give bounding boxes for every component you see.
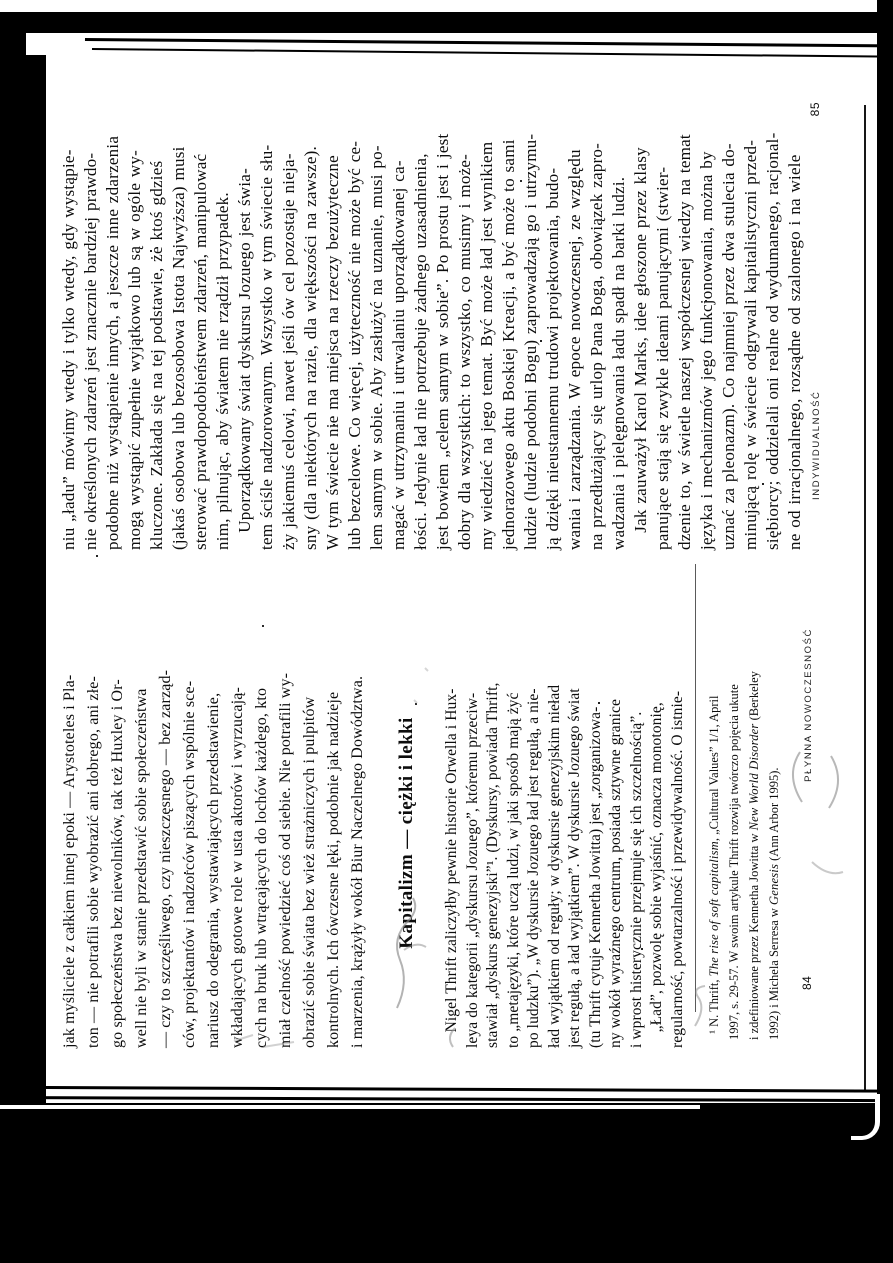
book-spread-rotated: jak myśliciele z całkiem innej epoki — A… xyxy=(48,55,838,1090)
text-line: łości. Jedynie ład nie potrzebuje żadneg… xyxy=(410,60,432,550)
text-line: lub bezcelowe. Co więcej, użyteczność ni… xyxy=(344,60,366,550)
text-line: jednorazowego aktu Boskiej Kreacji, a by… xyxy=(498,60,520,550)
text-line: „Ład”, pozwolę sobie wyjaśnić, oznacza m… xyxy=(647,618,668,1048)
text-line: cych na bruk lub wtrącających do lochów … xyxy=(250,618,274,1048)
text-line: ludzie (ludzie podobni Bogu) zaprowadzaj… xyxy=(520,60,542,550)
text-line: to „metajęzyki, które uczą ludzi, w jaki… xyxy=(504,618,525,1048)
page-edge-highlight xyxy=(0,1105,700,1109)
page-85-body: niu „ładu” mówimy wtedy i tylko wtedy, g… xyxy=(58,60,806,550)
text-line: panujące stają się zwykle ideami panując… xyxy=(652,60,674,550)
scanner-black-band-top xyxy=(0,12,893,33)
text-line: miał czelność powiedzieć coś od siebie. … xyxy=(274,618,298,1048)
text-line: W tym świecie nie ma miejsca na rzeczy b… xyxy=(322,60,344,550)
page-85: niu „ładu” mówimy wtedy i tylko wtedy, g… xyxy=(48,55,838,585)
text-line: kontrolnych. Ich ówczesne lęki, podobnie… xyxy=(322,618,346,1048)
text-line: ton — nie potrafili sobie wyobrazić ani … xyxy=(82,618,106,1048)
page-84-footnote: ¹ N. Thrift, The rise of soft capitalism… xyxy=(704,595,784,1040)
text-line: Jak zauważył Karol Marks, idee głoszone … xyxy=(630,60,652,550)
text-line: stawiał „dyskurs genezyjski”¹. (Dyskursy… xyxy=(483,618,504,1048)
text-line: sny (dla niektórych na razie, dla większ… xyxy=(300,60,322,550)
text-line: sterować prawdopodobieństwem zdarzeń, ma… xyxy=(190,60,212,550)
running-title-chapter: INDYWIDUALNOŚĆ xyxy=(811,391,822,501)
page-number-84: 84 xyxy=(800,976,814,1048)
page-edge-line xyxy=(0,1096,893,1102)
page-84: jak myśliciele z całkiem innej epoki — A… xyxy=(48,585,838,1090)
dust-specks xyxy=(0,0,2,2)
text-line: języka i mechanizmów jego funkcjonowania… xyxy=(696,60,718,550)
text-line: podobne niż wystąpienie innych, a jeszcz… xyxy=(102,60,124,550)
text-line: nie określonych zdarzeń jest znacznie ba… xyxy=(80,60,102,550)
text-line: ży jakiemuś celowi, nawet jeśli ów cel p… xyxy=(278,60,300,550)
text-line: siębiorcy; oddzielali oni realne od wydu… xyxy=(762,60,784,550)
text-line: i wprost histerycznie przejmuje się ich … xyxy=(627,618,648,1048)
text-line: mogą wystąpić zupełnie wyjątkowo lub są … xyxy=(124,60,146,550)
page-number-85: 85 xyxy=(808,102,822,116)
text-line: ją dzięki nieustannemu trudowi projektow… xyxy=(542,60,564,550)
text-line: nim, pilnując, aby światem nie rządził p… xyxy=(212,60,234,550)
text-line: na przedłużający się urlop Pana Boga, ob… xyxy=(586,60,608,550)
text-line: wkładających gotowe role w usta aktorów … xyxy=(226,618,250,1048)
page-84-footer: 84 PŁYNNA NOWOCZESNOŚĆ xyxy=(800,620,814,1048)
scanner-black-border-left xyxy=(0,55,46,1263)
text-line: nariusz do odegrania, wystawiających prz… xyxy=(202,618,226,1048)
scanner-black-border-bottom xyxy=(0,1103,893,1263)
footnote-line: 1997, s. 29-57. W swoim artykule Thrift … xyxy=(724,595,744,1040)
page-84-paragraph-continuation: jak myśliciele z całkiem innej epoki — A… xyxy=(58,618,370,1048)
text-line: jak myśliciele z całkiem innej epoki — A… xyxy=(58,618,82,1048)
text-line: — czy to szczęśliwego, czy nieszczęsnego… xyxy=(154,618,178,1048)
text-line: my wiedzieć na jego temat. Być może ład … xyxy=(476,60,498,550)
text-line: niu „ładu” mówimy wtedy i tylko wtedy, g… xyxy=(58,60,80,550)
text-line: ne od irracjonalnego, rozsądne od szalon… xyxy=(784,60,806,550)
text-line: obrazić sobie świata bez wież strażniczy… xyxy=(298,618,322,1048)
text-line: ców, projektantów i nadzorców piszących … xyxy=(178,618,202,1048)
page-85-footer: INDYWIDUALNOŚĆ 85 xyxy=(808,60,822,550)
text-line: go społeczeństwa bez niewolników, tak te… xyxy=(106,618,130,1048)
text-line: Uporządkowany świat dyskursu Jozuego jes… xyxy=(234,60,256,550)
text-line: leya do kategorii „dyskursu Jozuego”, kt… xyxy=(463,618,484,1048)
scanner-black-border-right xyxy=(877,0,893,1263)
text-line: i marzenia, krążyły wokół Biur Naczelneg… xyxy=(346,618,370,1048)
text-line: ny wokół wyraźnego centrum, posiada szty… xyxy=(606,618,627,1048)
page-edge-line xyxy=(85,38,893,47)
text-line: kluczone. Zakłada się na tej podstawie, … xyxy=(146,60,168,550)
text-line: Nigel Thrift zaliczyłby pewnie historie … xyxy=(442,618,463,1048)
text-line: dobry dla wszystkich: to wszystko, co mu… xyxy=(454,60,476,550)
text-line: jest regułą, a ład wyjątkiem”. W dyskurs… xyxy=(565,618,586,1048)
text-line: wadzania i pielęgnowania ładu spadł na b… xyxy=(608,60,630,550)
text-line: (tu Thrift cytuje Kennetha Jowitta) jest… xyxy=(586,618,607,1048)
text-line: jest bowiem „celem samym w sobie”. Po pr… xyxy=(432,60,454,550)
chapter-section-heading: Kapitalizm — ciężki i lekki xyxy=(396,618,418,1048)
text-line: ład wyjątkiem od reguły; w dyskursie gen… xyxy=(545,618,566,1048)
scanner-black-border-left-top xyxy=(0,33,26,63)
scanned-book-spread: jak myśliciele z całkiem innej epoki — A… xyxy=(0,0,893,1263)
book-bottom-edge-line xyxy=(864,105,866,1090)
text-line: (jakaś osobowa lub bezosobowa Istota Naj… xyxy=(168,60,190,550)
text-line: tem ściśle nadzorowanym. Wszystko w tym … xyxy=(256,60,278,550)
text-line: lem samym w sobie. Aby zasłużyć na uznan… xyxy=(366,60,388,550)
footnote-separator-rule xyxy=(695,564,696,1012)
text-line: minującą rolę w świecie odgrywali kapita… xyxy=(740,60,762,550)
footnote-line: i zdefiniowane przez Kennetha Jowitta w … xyxy=(744,595,764,1040)
running-title-book: PŁYNNA NOWOCZESNOŚĆ xyxy=(803,628,814,782)
footnote-line: 1992) i Michela Serresa w Genesis (Ann A… xyxy=(764,595,784,1040)
page-84-section-paragraphs: Nigel Thrift zaliczyłby pewnie historie … xyxy=(442,618,688,1048)
footnote-line: ¹ N. Thrift, The rise of soft capitalism… xyxy=(704,595,724,1040)
text-line: uznać za pleonazm). Co najmniej przez dw… xyxy=(718,60,740,550)
page-corner-curl xyxy=(851,1094,880,1140)
text-line: dzenie to, w świetle naszej współczesnej… xyxy=(674,60,696,550)
text-line: well nie byli w stanie przedstawić sobie… xyxy=(130,618,154,1048)
text-line: regularność, powtarzalność i przewidywal… xyxy=(668,618,689,1048)
text-line: magać w utrzymaniu i utrwalaniu uporządk… xyxy=(388,60,410,550)
text-line: wania i zarządzania. W epoce nowoczesnej… xyxy=(564,60,586,550)
text-line: po ludzku”). „W dyskursie Jozuego ład je… xyxy=(524,618,545,1048)
